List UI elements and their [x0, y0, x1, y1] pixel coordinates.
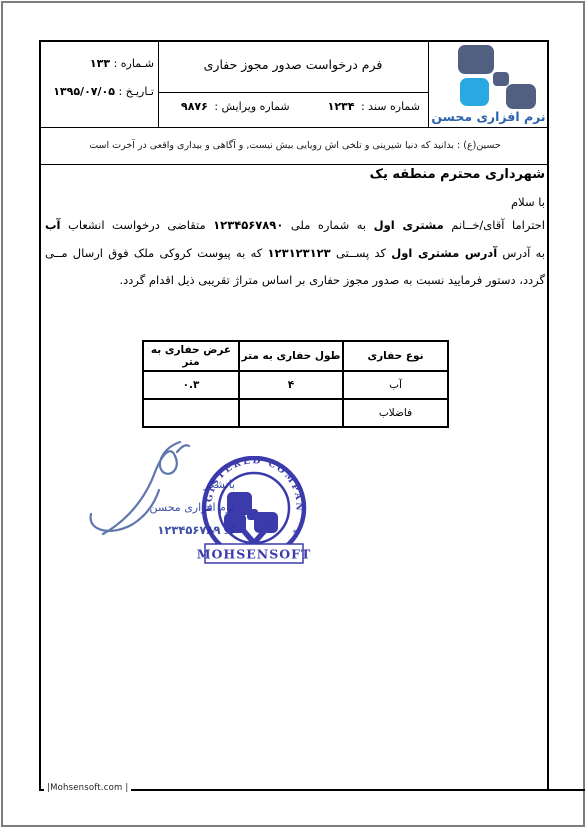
table-row-water: آب ۴ ۰.۳ — [143, 371, 448, 399]
table-row-sewage: فاضلاب — [143, 399, 448, 427]
doc-numbers-row: شماره سند : ۱۲۳۴ شماره ویرایش : ۹۸۷۶ — [160, 100, 426, 113]
drilling-table: نوع حفاری طول حفاری به متر عرض حفاری به … — [142, 340, 449, 428]
salutation: با سلام — [45, 195, 545, 209]
serial-label: شـماره : — [114, 57, 154, 70]
letter-line-2: به آدرس آدرس مشتری اول کد پســتی ۱۲۳۱۲۳۱… — [45, 240, 545, 268]
cell-length — [239, 399, 343, 427]
letter-text: کد پســتی — [331, 246, 392, 260]
connection-type: آب — [45, 218, 61, 232]
quote-bottom-line — [39, 164, 549, 165]
stamp-star-right-icon: ✳ — [292, 528, 298, 536]
header-divider-left — [158, 40, 159, 127]
quote-text: حسین(ع) : بدانید که دنیا شیرینی و تلخی ا… — [45, 131, 545, 161]
logo-square-right-icon — [506, 84, 536, 109]
doc-number: شماره سند : ۱۲۳۴ — [325, 100, 420, 113]
col-header-drill-width: عرض حفاری به متر — [143, 341, 239, 371]
date-value: ۱۳۹۵/۰۷/۰۵ — [53, 85, 115, 98]
col-header-drill-length: طول حفاری به متر — [239, 341, 343, 371]
cell-width — [143, 399, 239, 427]
cell-length: ۴ — [239, 371, 343, 399]
letter-text: که به پیوست کروکی ملک فوق ارسال مــی — [45, 246, 268, 260]
letter-line-3: گردد، دستور فرمایید نسبت به صدور مجوز حف… — [45, 267, 545, 295]
stamp-star-left-icon: ✳ — [210, 528, 216, 536]
date-row: تـاریـخ : ۱۳۹۵/۰۷/۰۵ — [42, 85, 154, 98]
cell-width: ۰.۳ — [143, 371, 239, 399]
brand-logo: نرم افزاری محسن — [429, 41, 548, 126]
letter-text: به آدرس — [497, 246, 545, 260]
logo-square-top-icon — [458, 45, 494, 74]
logo-square-blue-icon — [460, 78, 489, 106]
letter-text: متقاضی درخواست انشعاب — [61, 218, 214, 232]
footer-site-label: |Mohsensoft.com | — [44, 783, 131, 793]
revision-number: شماره ویرایش : ۹۸۷۶ — [178, 100, 290, 113]
customer-name: مشتری اول — [374, 218, 444, 232]
letter-body: احتراما آقای/خــانم مشتری اول به شماره م… — [45, 212, 545, 295]
table-header-row: نوع حفاری طول حفاری به متر عرض حفاری به … — [143, 341, 448, 371]
cell-type: فاضلاب — [343, 399, 448, 427]
national-id: ۱۲۳۴۵۶۷۸۹۰ — [213, 218, 283, 232]
postal-code: ۱۲۳۱۲۳۱۲۳ — [268, 246, 331, 260]
header-bottom-line — [39, 127, 549, 128]
page-title: فرم درخواست صدور مجوز حفاری — [158, 57, 428, 72]
doc-number-value: ۱۲۳۴ — [328, 100, 355, 113]
customer-address: آدرس مشتری اول — [391, 246, 497, 260]
col-header-drill-type: نوع حفاری — [343, 341, 448, 371]
revision-value: ۹۸۷۶ — [181, 100, 208, 113]
serial-value: ۱۳۳ — [90, 57, 110, 70]
revision-label: شماره ویرایش : — [214, 100, 289, 113]
stamp-banner-text: MOHSENSOFT — [197, 547, 311, 562]
letter-text: به شماره ملی — [283, 218, 373, 232]
company-stamp-icon: REGISTERED COMPANY ✳ ✳ MOHSENSOFT — [197, 456, 312, 574]
date-label: تـاریـخ : — [118, 85, 154, 98]
header-title-divider — [158, 92, 428, 93]
logo-square-connector-icon — [493, 72, 509, 86]
letter-text: احتراما آقای/خــانم — [444, 218, 545, 232]
cell-type: آب — [343, 371, 448, 399]
doc-number-label: شماره سند : — [361, 100, 420, 113]
serial-row: شـماره : ۱۳۳ — [42, 57, 154, 70]
recipient-title: شهرداری محترم منطقه یک — [45, 167, 545, 182]
brand-name: نرم افزاری محسن — [429, 109, 548, 124]
letter-line-1: احتراما آقای/خــانم مشتری اول به شماره م… — [45, 212, 545, 240]
document-page: شـماره : ۱۳۳ تـاریـخ : ۱۳۹۵/۰۷/۰۵ فرم در… — [0, 0, 587, 834]
